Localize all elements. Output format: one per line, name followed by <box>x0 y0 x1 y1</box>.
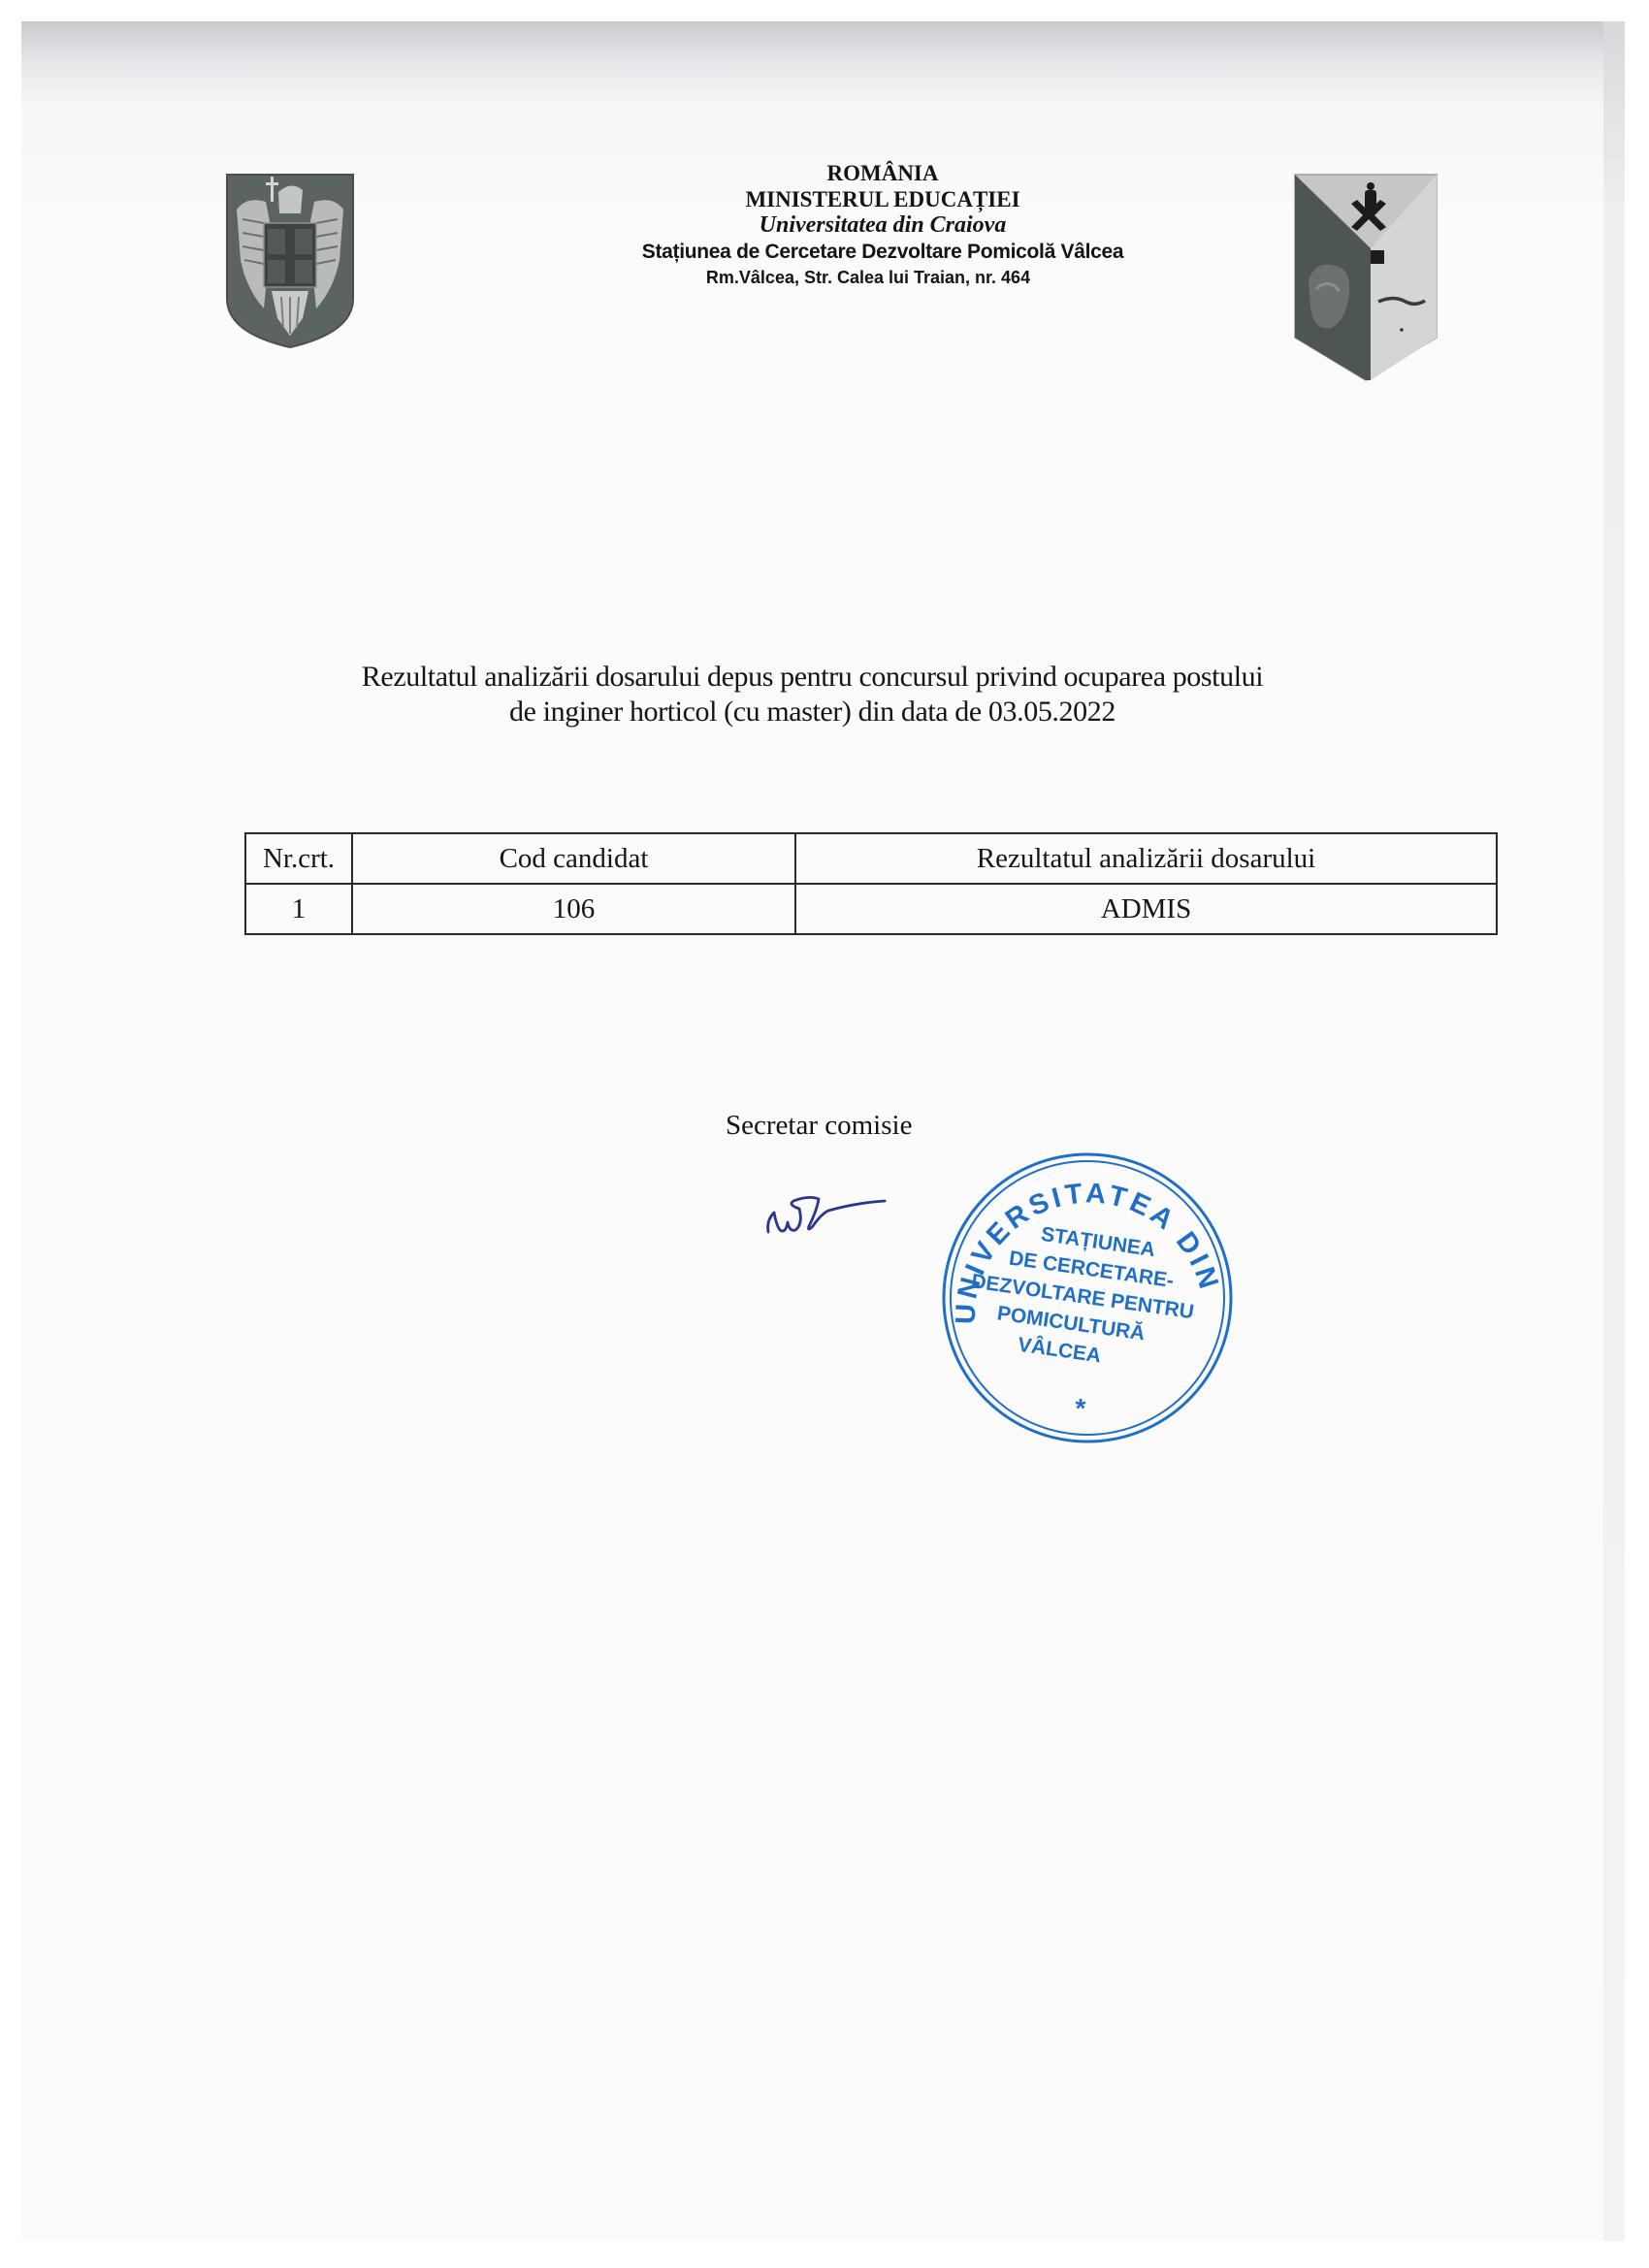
romania-coat-of-arms-icon <box>225 173 355 349</box>
letterhead: ROMÂNIA MINISTERUL EDUCAȚIEI Universitat… <box>533 160 1232 291</box>
table-header-row: Nr.crt. Cod candidat Rezultatul analizăr… <box>245 833 1497 884</box>
letterhead-ministry: MINISTERUL EDUCAȚIEI <box>533 186 1232 212</box>
official-stamp: UNIVERSITATEA DIN CRAIOVA STAȚIUNEA DE C… <box>937 1148 1238 1448</box>
valcea-county-coat-of-arms-icon <box>1293 173 1439 382</box>
table-row: 1 106 ADMIS <box>245 884 1497 934</box>
page-edge-shadow <box>1603 21 1625 2241</box>
secretary-label: Secretar comisie <box>726 1110 912 1142</box>
letterhead-university: Universitatea din Craiova <box>533 212 1232 239</box>
document-title: Rezultatul analizării dosarului depus pe… <box>242 660 1382 729</box>
cell-cod-candidat: 106 <box>352 884 795 934</box>
signature-mark <box>759 1182 894 1245</box>
letterhead-country: ROMÂNIA <box>533 160 1232 186</box>
cell-nr-crt: 1 <box>245 884 352 934</box>
document-title-line-1: Rezultatul analizării dosarului depus pe… <box>242 660 1382 695</box>
header-cod-candidat: Cod candidat <box>352 833 795 884</box>
stamp-star: * <box>1076 1393 1086 1423</box>
stamp-line-5: VÂLCEA <box>1017 1333 1103 1368</box>
results-table: Nr.crt. Cod candidat Rezultatul analizăr… <box>244 832 1498 935</box>
letterhead-address: Rm.Vâlcea, Str. Calea lui Traian, nr. 46… <box>504 265 1232 291</box>
letterhead-station: Stațiunea de Cercetare Dezvoltare Pomico… <box>533 239 1232 265</box>
header-rezultat: Rezultatul analizării dosarului <box>795 833 1497 884</box>
header-nr-crt: Nr.crt. <box>245 833 352 884</box>
cell-rezultat: ADMIS <box>795 884 1497 934</box>
document-title-line-2: de inginer horticol (cu master) din data… <box>242 695 1382 729</box>
